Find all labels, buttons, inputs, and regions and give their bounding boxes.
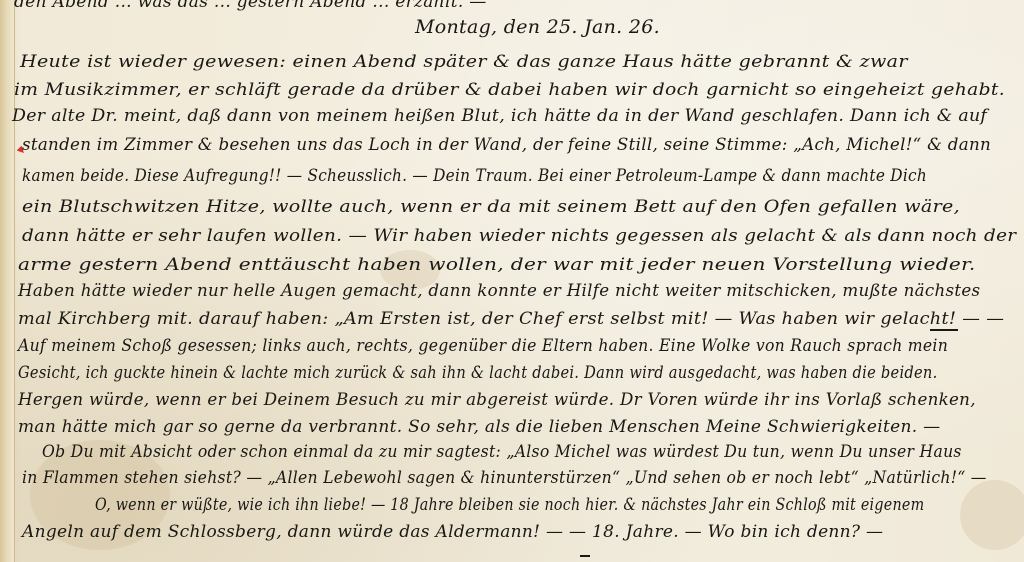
top-fragment-line: den Abend ... was das ... gestern Abend …	[14, 0, 487, 12]
text-line: ein Blutschwitzen Hitze, wollte auch, we…	[22, 197, 960, 217]
text-line: arme gestern Abend enttäuscht haben woll…	[18, 255, 976, 275]
date-heading: Montag, den 25. Jan. 26.	[415, 16, 660, 38]
text-line: mal Kirchberg mit. darauf haben: „Am Ers…	[18, 309, 1004, 329]
text-line: Heute ist wieder gewesen: einen Abend sp…	[20, 52, 908, 72]
paper-stain	[960, 480, 1024, 550]
text-line: standen im Zimmer & besehen uns das Loch…	[22, 135, 991, 155]
text-line: Ob Du mit Absicht oder schon einmal da z…	[42, 442, 962, 462]
diary-page: den Abend ... was das ... gestern Abend …	[0, 0, 1024, 562]
underline-stroke	[930, 329, 958, 331]
text-line: Auf meinem Schoß gesessen; links auch, r…	[18, 336, 948, 356]
text-line: Angeln auf dem Schlossberg, dann würde d…	[22, 522, 883, 542]
text-line: dann hätte er sehr laufen wollen. — Wir …	[22, 226, 1016, 246]
text-line: in Flammen stehen siehst? — „Allen Lebew…	[22, 468, 987, 488]
text-line: im Musikzimmer, er schläft gerade da drü…	[14, 80, 1005, 100]
text-line: kamen beide. Diese Aufregung!! — Scheuss…	[22, 166, 927, 186]
underline-stroke	[580, 555, 590, 557]
text-line: Der alte Dr. meint, daß dann von meinem …	[12, 106, 987, 126]
text-line: Haben hätte wieder nur helle Augen gemac…	[18, 281, 980, 301]
text-line: Gesicht, ich guckte hinein & lachte mich…	[18, 363, 937, 383]
text-line: Hergen würde, wenn er bei Deinem Besuch …	[18, 390, 976, 410]
text-line: O, wenn er wüßte, wie ich ihn liebe! — 1…	[95, 495, 924, 515]
text-line: man hätte mich gar so gerne da verbrannt…	[18, 417, 940, 437]
page-binding-edge	[0, 0, 15, 562]
